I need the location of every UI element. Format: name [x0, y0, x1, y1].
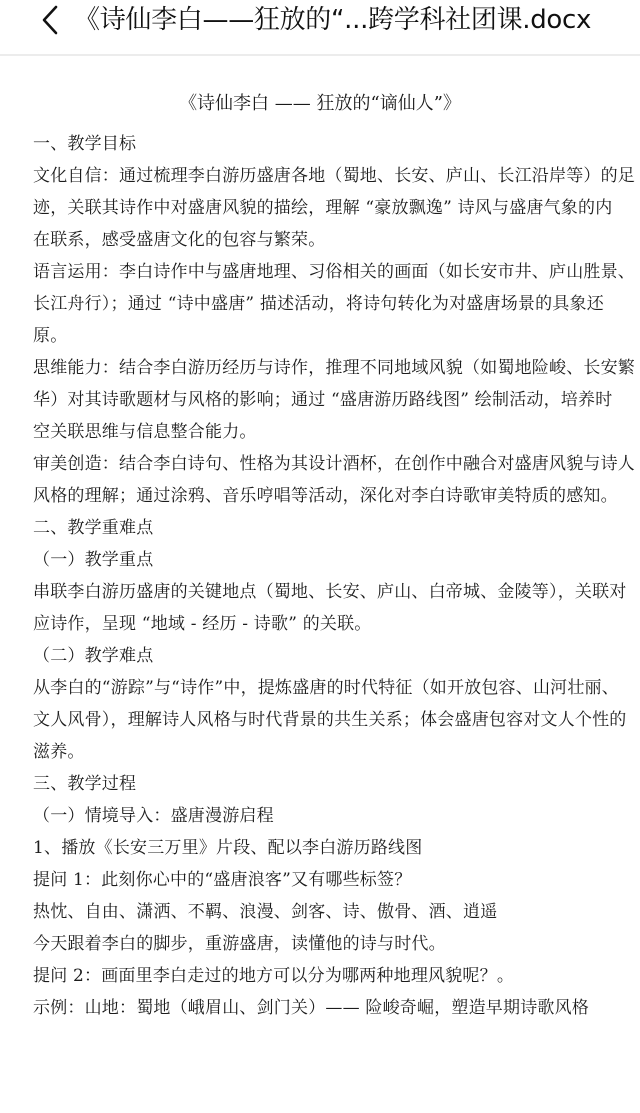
section-heading: 三、教学过程: [33, 768, 613, 800]
paragraph-line: 滋养。: [33, 736, 613, 768]
paragraph-line: 今天跟着李白的脚步，重游盛唐，读懂他的诗与时代。: [33, 928, 613, 960]
subsection-heading: （二）教学难点: [33, 640, 613, 672]
paragraph-line: 热忱、自由、潇洒、不羁、浪漫、剑客、诗、傲骨、酒、逍遥: [33, 896, 613, 928]
subsection-heading: （一）情境导入：盛唐漫游启程: [33, 800, 613, 832]
paragraph-line: 文人风骨），理解诗人风格与时代背景的共生关系；体会盛唐包容对文人个性的: [33, 704, 613, 736]
paragraph-line: 提问 1：此刻你心中的“盛唐浪客”又有哪些标签？: [33, 864, 613, 896]
paragraph-line: 空关联思维与信息整合能力。: [33, 416, 613, 448]
document-body: 一、教学目标 文化自信：通过梳理李白游历盛唐各地（蜀地、长安、庐山、长江沿岸等）…: [33, 128, 613, 1024]
paragraph-line: 示例：山地：蜀地（峨眉山、剑门关）—— 险峻奇崛，塑造早期诗歌风格: [33, 992, 613, 1024]
paragraph-line: 在联系，感受盛唐文化的包容与繁荣。: [33, 224, 613, 256]
section-heading: 二、教学重难点: [33, 512, 613, 544]
paragraph-line: 串联李白游历盛唐的关键地点（蜀地、长安、庐山、白帝城、金陵等），关联对: [33, 576, 613, 608]
paragraph-line: 长江舟行）；通过 “诗中盛唐” 描述活动，将诗句转化为对盛唐场景的具象还: [33, 288, 613, 320]
paragraph-line: 1、播放《长安三万里》片段、配以李白游历路线图: [33, 832, 613, 864]
chevron-left-icon: [36, 4, 66, 36]
paragraph-line: 风格的理解；通过涂鸦、音乐哼唱等活动，深化对李白诗歌审美特质的感知。: [33, 480, 613, 512]
back-button[interactable]: [36, 4, 66, 36]
paragraph-line: 应诗作，呈现 “地域 - 经历 - 诗歌” 的关联。: [33, 608, 613, 640]
paragraph-line: 华）对其诗歌题材与风格的影响；通过 “盛唐游历路线图” 绘制活动，培养时: [33, 384, 613, 416]
paragraph-line: 思维能力：结合李白游历经历与诗作，推理不同地域风貌（如蜀地险峻、长安繁: [33, 352, 613, 384]
paragraph-line: 语言运用：李白诗作中与盛唐地理、习俗相关的画面（如长安市井、庐山胜景、: [33, 256, 613, 288]
document-title: 《诗仙李白——狂放的“...跨学科社团课.docx: [74, 2, 634, 38]
document-page[interactable]: 《诗仙李白 —— 狂放的“谪仙人”》 一、教学目标 文化自信：通过梳理李白游历盛…: [0, 56, 640, 1113]
subsection-heading: （一）教学重点: [33, 544, 613, 576]
paragraph-line: 提问 2：画面里李白走过的地方可以分为哪两种地理风貌呢？。: [33, 960, 613, 992]
paragraph-line: 文化自信：通过梳理李白游历盛唐各地（蜀地、长安、庐山、长江沿岸等）的足: [33, 160, 613, 192]
section-heading: 一、教学目标: [33, 128, 613, 160]
paragraph-line: 原。: [33, 320, 613, 352]
paragraph-line: 迹，关联其诗作中对盛唐风貌的描绘，理解 “豪放飘逸” 诗风与盛唐气象的内: [33, 192, 613, 224]
top-bar: 《诗仙李白——狂放的“...跨学科社团课.docx: [0, 0, 640, 56]
paragraph-line: 审美创造：结合李白诗句、性格为其设计酒杯，在创作中融合对盛唐风貌与诗人: [33, 448, 613, 480]
paragraph-line: 从李白的“游踪”与“诗作”中，提炼盛唐的时代特征（如开放包容、山河壮丽、: [33, 672, 613, 704]
document-heading: 《诗仙李白 —— 狂放的“谪仙人”》: [0, 90, 640, 118]
